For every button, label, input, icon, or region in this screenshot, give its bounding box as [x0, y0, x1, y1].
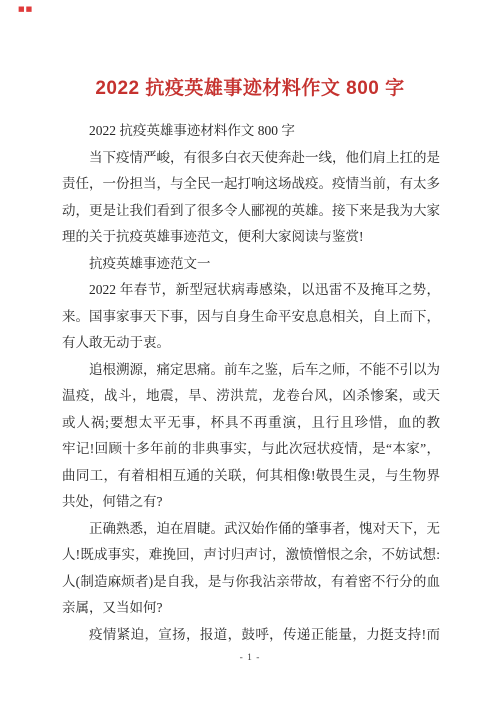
text-line: 2022 年春节，新型冠状病毒感染，以迅雷不及掩耳之势，席卷而: [62, 277, 440, 304]
text-line: 有人敢无动于衷。: [62, 330, 440, 357]
text-line: 抗疫英雄事迹范文一: [62, 251, 440, 278]
page-number: - 1 -: [0, 653, 500, 663]
text-line: 共处，何错之有?: [62, 489, 440, 516]
text-line: 动，更是让我们看到了很多令人郦视的英雄。接下来是我为大家整: [62, 198, 440, 225]
document-page: ■■ 2022 抗疫英雄事迹材料作文 800 字 2022 抗疫英雄事迹材料作文…: [0, 0, 500, 707]
text-line: 来。国事家事天下事，因与自身生命平安息息相关，自上而下，没: [62, 304, 440, 331]
text-line: 追根溯源，痛定思痛。前车之鉴，后车之师，不能不引以为戒。: [62, 357, 440, 384]
document-title: 2022 抗疫英雄事迹材料作文 800 字: [0, 73, 500, 100]
document-body: 2022 抗疫英雄事迹材料作文 800 字当下疫情严峻，有很多白衣天使奔赴一线，…: [62, 118, 440, 648]
text-line: 人(制造麻烦者)是自我，是与你我沾亲带故，有着密不行分的血缘: [62, 569, 440, 596]
text-line: 当下疫情严峻，有很多白衣天使奔赴一线，他们肩上扛的是一份: [62, 145, 440, 172]
text-line: 疫情紧迫，宣扬，报道，鼓呼，传递正能量，力挺支持!而不分青: [62, 622, 440, 649]
text-line: 曲同工，有着相相互通的关联，何其相像!敬畏生灵，与生物界和谐: [62, 463, 440, 490]
text-line: 人!既成事实，难挽回，声讨归声讨，激愤憎恨之余，不妨试想: 那: [62, 542, 440, 569]
corner-watermark-icon: ■■: [18, 5, 33, 14]
text-line: 责任，一份担当，与全民一起打响这场战疫。疫情当前，有太多感: [62, 171, 440, 198]
text-line: 牢记!回顾十多年前的非典事实，与此次冠状疫情，是“本家”，异: [62, 436, 440, 463]
text-line: 或人祸;要想太平无事，杯具不再重演，且行且珍惜，血的教训，当: [62, 410, 440, 437]
text-line: 理的关于抗疫英雄事迹范文，便利大家阅读与鉴赏!: [62, 224, 440, 251]
text-line: 亲属，又当如何?: [62, 595, 440, 622]
text-line: 正确熟悉，迫在眉睫。武汉始作俑的肇事者，愧对天下，无颜见: [62, 516, 440, 543]
text-line: 温疫，战斗，地震，旱、涝洪荒，龙卷台风，凶杀惨案，或天灾，: [62, 383, 440, 410]
text-line: 2022 抗疫英雄事迹材料作文 800 字: [62, 118, 440, 145]
